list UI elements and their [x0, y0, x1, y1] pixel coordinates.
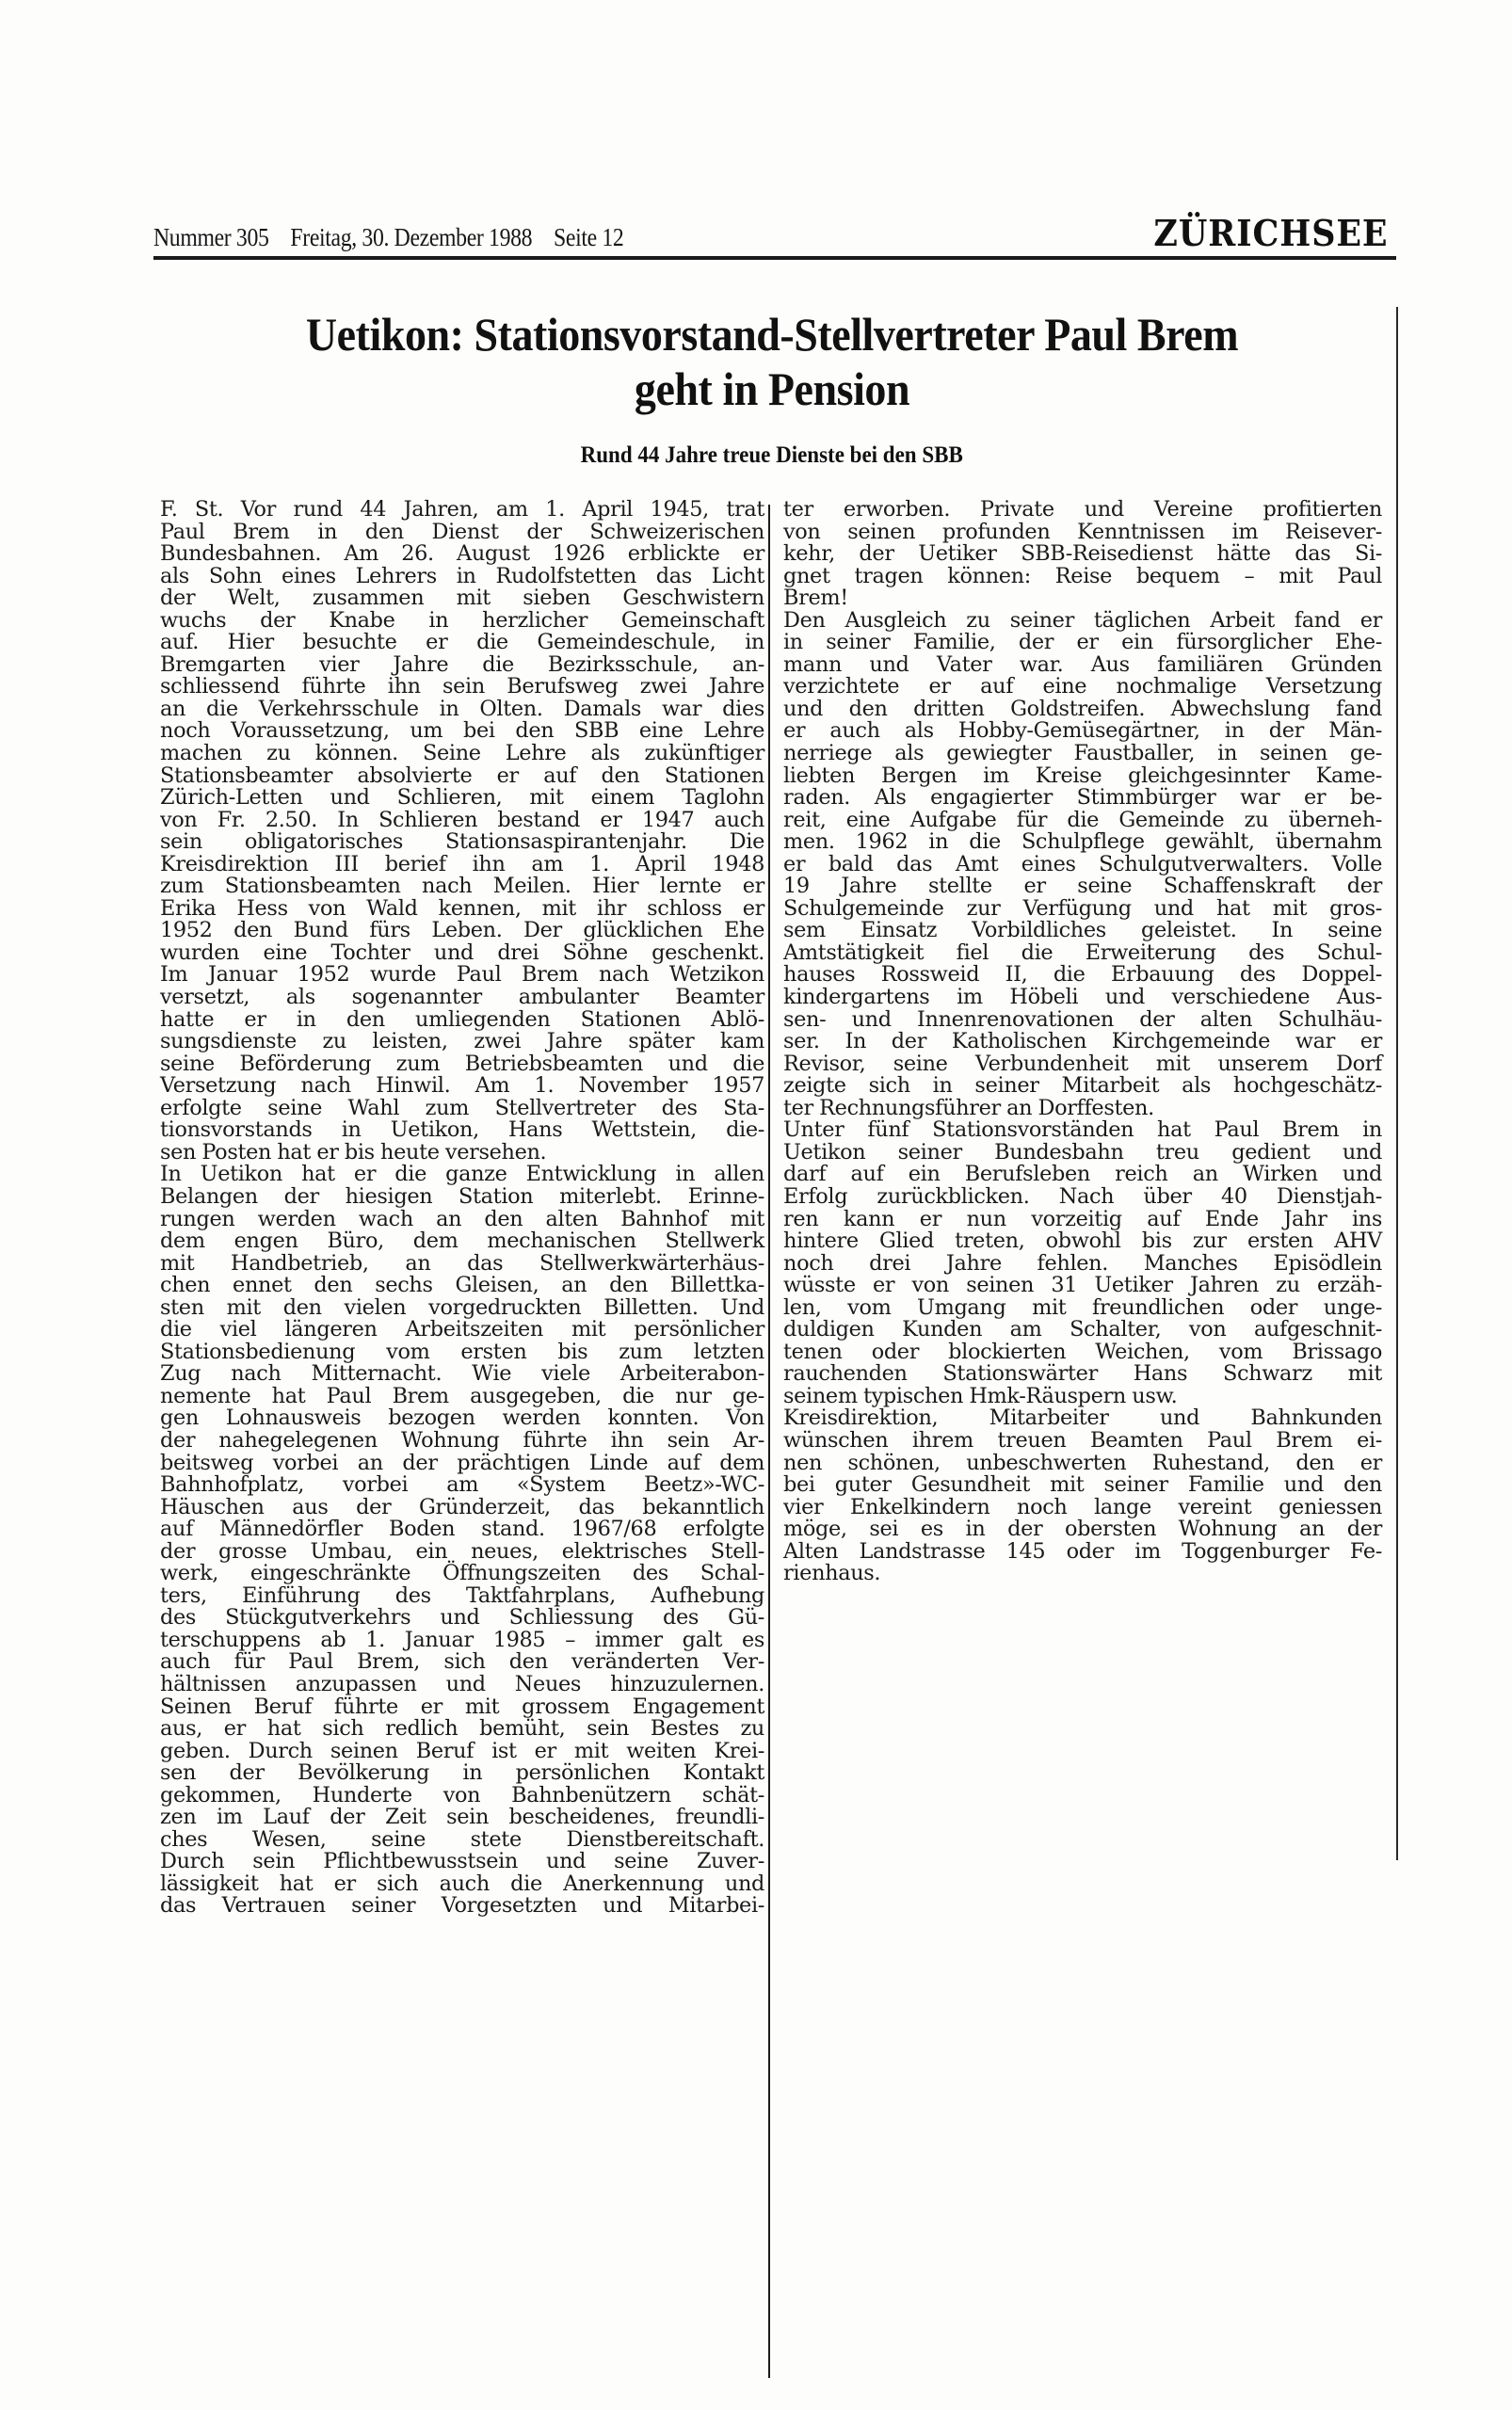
text-line: men. 1962 in die Schulpflege gewählt, üb… — [783, 831, 1382, 854]
text-line: len, vom Umgang mit freundlichen oder un… — [783, 1297, 1382, 1320]
text-line: und den dritten Goldstreifen. Abwechslun… — [783, 699, 1382, 721]
text-line: noch Voraussetzung, um bei den SBB eine … — [160, 720, 764, 743]
text-line: terschuppens ab 1. Januar 1985 – immer g… — [160, 1630, 764, 1652]
page-number: Seite 12 — [554, 223, 623, 251]
text-line: Kreisdirektion III berief ihn am 1. Apri… — [160, 854, 764, 876]
text-line: werk, eingeschränkte Öffnungszeiten des … — [160, 1563, 764, 1585]
text-line: In Uetikon hat er die ganze Entwicklung … — [160, 1164, 764, 1186]
text-line: Zug nach Mitternacht. Wie viele Arbeiter… — [160, 1363, 764, 1386]
text-line: Belangen der hiesigen Station miterlebt.… — [160, 1186, 764, 1209]
text-line: 1952 den Bund fürs Leben. Der glückliche… — [160, 920, 764, 942]
text-line: ser. In der Katholischen Kirchgemeinde w… — [783, 1031, 1382, 1053]
text-line: darf auf ein Berufsleben reich an Wirken… — [783, 1164, 1382, 1186]
text-line: Stationsbeamter absolvierte er auf den S… — [160, 765, 764, 788]
text-line: hatte er in den umliegenden Stationen Ab… — [160, 1009, 764, 1032]
text-line: gen Lohnausweis bezogen werden konnten. … — [160, 1407, 764, 1430]
text-line: geben. Durch seinen Beruf ist er mit wei… — [160, 1741, 764, 1763]
text-line: er auch als Hobby-Gemüsegärtner, in der … — [783, 720, 1382, 743]
text-line: liebten Bergen im Kreise gleichgesinnter… — [783, 765, 1382, 788]
text-line: Erika Hess von Wald kennen, mit ihr schl… — [160, 898, 764, 921]
issue-date: Freitag, 30. Dezember 1988 — [290, 223, 532, 251]
text-line: zen im Lauf der Zeit sein bescheidenes, … — [160, 1807, 764, 1829]
text-line: tionsvorstands in Uetikon, Hans Wettstei… — [160, 1119, 764, 1142]
text-line: rienhaus. — [783, 1563, 1382, 1585]
headline-line-2: geht in Pension — [209, 361, 1335, 416]
text-line: Revisor, seine Verbundenheit mit unserem… — [783, 1053, 1382, 1076]
text-line: beitsweg vorbei an der prächtigen Linde … — [160, 1453, 764, 1475]
text-line: nerriege als gewiegter Faustballer, in s… — [783, 743, 1382, 765]
text-line: wünschen ihrem treuen Beamten Paul Brem … — [783, 1430, 1382, 1453]
text-line: ter Rechnungsführer an Dorffesten. — [783, 1098, 1382, 1120]
article-column-right: ter erworben. Private und Vereine profit… — [783, 499, 1382, 1585]
text-line: wüsste er von seinen 31 Uetiker Jahren z… — [783, 1275, 1382, 1297]
article-column-left: F. St. Vor rund 44 Jahren, am 1. April 1… — [160, 499, 764, 1918]
page-header: Nummer 305Freitag, 30. Dezember 1988Seit… — [153, 215, 1396, 258]
text-line: ter erworben. Private und Vereine profit… — [783, 499, 1382, 522]
text-line: rungen werden wach an den alten Bahnhof … — [160, 1209, 764, 1231]
text-line: als Sohn eines Lehrers in Rudolfstetten … — [160, 566, 764, 588]
text-line: sten mit den vielen vorgedruckten Billet… — [160, 1297, 764, 1320]
text-line: vier Enkelkindern noch lange vereint gen… — [783, 1497, 1382, 1519]
subtitle-text: Rund 44 Jahre treue Dienste bei den SBB — [581, 442, 963, 469]
text-line: zeigte sich in seiner Mitarbeit als hoch… — [783, 1075, 1382, 1098]
text-line: zum Stationsbeamten nach Meilen. Hier le… — [160, 876, 764, 898]
text-line: kindergartens im Höbeli und verschiedene… — [783, 987, 1382, 1009]
article-subtitle: Rund 44 Jahre treue Dienste bei den SBB — [160, 442, 1384, 469]
text-line: gnet tragen können: Reise bequem – mit P… — [783, 566, 1382, 588]
text-line: Bremgarten vier Jahre die Bezirksschule,… — [160, 654, 764, 677]
text-line: 19 Jahre stellte er seine Schaffenskraft… — [783, 876, 1382, 898]
text-line: Schulgemeinde zur Verfügung und hat mit … — [783, 898, 1382, 921]
text-line: seine Beförderung zum Betriebsbeamten un… — [160, 1053, 764, 1076]
text-line: hältnissen anzupassen und Neues hinzuzul… — [160, 1674, 764, 1696]
text-line: Versetzung nach Hinwil. Am 1. November 1… — [160, 1075, 764, 1098]
text-line: sem Einsatz Vorbildliches geleistet. In … — [783, 920, 1382, 942]
text-line: seinem typischen Hmk-Räuspern usw. — [783, 1386, 1382, 1408]
column-separator-rule — [768, 505, 770, 2378]
text-line: Unter fünf Stationsvorständen hat Paul B… — [783, 1119, 1382, 1142]
text-line: von seinen profunden Kenntnissen im Reis… — [783, 522, 1382, 544]
text-line: Erfolg zurückblicken. Nach über 40 Diens… — [783, 1186, 1382, 1209]
text-line: noch drei Jahre fehlen. Manches Episödle… — [783, 1253, 1382, 1276]
text-line: dem engen Büro, dem mechanischen Stellwe… — [160, 1230, 764, 1253]
text-line: ches Wesen, seine stete Dienstbereitscha… — [160, 1829, 764, 1852]
text-line: sen der Bevölkerung in persönlichen Kont… — [160, 1762, 764, 1785]
text-line: Bahnhofplatz, vorbei am «System Beetz»-W… — [160, 1474, 764, 1497]
text-line: der Welt, zusammen mit sieben Geschwiste… — [160, 587, 764, 610]
text-line: auch für Paul Brem, sich den veränderten… — [160, 1651, 764, 1674]
text-line: kehr, der Uetiker SBB-Reisedienst hätte … — [783, 543, 1382, 566]
text-line: sungsdienste zu leisten, zwei Jahre spät… — [160, 1031, 764, 1053]
text-line: von Fr. 2.50. In Schlieren bestand er 19… — [160, 810, 764, 832]
text-line: verzichtete er auf eine nochmalige Verse… — [783, 676, 1382, 699]
issue-info: Nummer 305Freitag, 30. Dezember 1988Seit… — [153, 223, 645, 252]
text-line: Durch sein Pflichtbewusstsein und seine … — [160, 1851, 764, 1873]
issue-number: Nummer 305 — [153, 223, 269, 251]
text-line: reit, eine Aufgabe für die Gemeinde zu ü… — [783, 810, 1382, 832]
article-headline: Uetikon: Stationsvorstand-Stellvertreter… — [160, 307, 1384, 416]
text-line: hintere Glied treten, obwohl bis zur ers… — [783, 1230, 1382, 1253]
text-line: sein obligatorisches Stationsaspirantenj… — [160, 831, 764, 854]
newspaper-page: Nummer 305Freitag, 30. Dezember 1988Seit… — [0, 0, 1512, 2410]
text-line: Uetikon seiner Bundesbahn treu gedient u… — [783, 1142, 1382, 1165]
text-line: tenen oder blockierten Weichen, vom Bris… — [783, 1342, 1382, 1364]
text-line: möge, sei es in der obersten Wohnung an … — [783, 1518, 1382, 1541]
text-line: mann und Vater war. Aus familiären Gründ… — [783, 654, 1382, 677]
text-line: Zürich-Letten und Schlieren, mit einem T… — [160, 787, 764, 810]
text-line: Bundesbahnen. Am 26. August 1926 erblick… — [160, 543, 764, 566]
text-line: versetzt, als sogenannter ambulanter Bea… — [160, 987, 764, 1009]
right-border-rule — [1396, 307, 1398, 1860]
text-line: auf. Hier besuchte er die Gemeindeschule… — [160, 632, 764, 654]
text-line: in seiner Familie, der er ein fürsorglic… — [783, 632, 1382, 654]
text-line: chen ennet den sechs Gleisen, an den Bil… — [160, 1275, 764, 1297]
text-line: ters, Einführung des Taktfahrplans, Aufh… — [160, 1585, 764, 1608]
text-line: an die Verkehrsschule in Olten. Damals w… — [160, 699, 764, 721]
text-line: Brem! — [783, 587, 1382, 610]
text-line: des Stückgutverkehrs und Schliessung des… — [160, 1607, 764, 1630]
text-line: mit Handbetrieb, an das Stellwerkwärterh… — [160, 1253, 764, 1276]
text-line: F. St. Vor rund 44 Jahren, am 1. April 1… — [160, 499, 764, 522]
text-line: der grosse Umbau, ein neues, elektrische… — [160, 1541, 764, 1564]
masthead: ZÜRICHSEE — [1153, 212, 1396, 254]
text-line: sen- und Innenrenovationen der alten Sch… — [783, 1009, 1382, 1032]
text-line: schliessend führte ihn sein Berufsweg zw… — [160, 676, 764, 699]
text-line: Häuschen aus der Gründerzeit, das bekann… — [160, 1497, 764, 1519]
text-line: wuchs der Knabe in herzlicher Gemeinscha… — [160, 610, 764, 633]
text-line: die viel längeren Arbeitszeiten mit pers… — [160, 1319, 764, 1342]
text-line: lässigkeit hat er sich auch die Anerkenn… — [160, 1873, 764, 1896]
text-line: wurden eine Tochter und drei Söhne gesch… — [160, 942, 764, 965]
text-line: duldigen Kunden am Schalter, von aufgesc… — [783, 1319, 1382, 1342]
text-line: Amtstätigkeit fiel die Erweiterung des S… — [783, 942, 1382, 965]
text-line: Seinen Beruf führte er mit grossem Engag… — [160, 1696, 764, 1719]
text-line: Im Januar 1952 wurde Paul Brem nach Wetz… — [160, 964, 764, 987]
text-line: Kreisdirektion, Mitarbeiter und Bahnkund… — [783, 1407, 1382, 1430]
text-line: sen Posten hat er bis heute versehen. — [160, 1142, 764, 1165]
text-line: Den Ausgleich zu seiner täglichen Arbeit… — [783, 610, 1382, 633]
text-line: das Vertrauen seiner Vorgesetzten und Mi… — [160, 1895, 764, 1918]
text-line: gekommen, Hunderte von Bahnbenützern sch… — [160, 1785, 764, 1807]
text-line: auf Männedörfler Boden stand. 1967/68 er… — [160, 1518, 764, 1541]
text-line: erfolgte seine Wahl zum Stellvertreter d… — [160, 1098, 764, 1120]
text-line: ren kann er nun vorzeitig auf Ende Jahr … — [783, 1209, 1382, 1231]
text-line: der nahegelegenen Wohnung führte ihn sei… — [160, 1430, 764, 1453]
text-line: er bald das Amt eines Schulgutverwalters… — [783, 854, 1382, 876]
text-line: aus, er hat sich redlich bemüht, sein Be… — [160, 1718, 764, 1741]
text-line: nen schönen, unbeschwerten Ruhestand, de… — [783, 1453, 1382, 1475]
header-rule — [153, 256, 1396, 260]
text-line: raden. Als engagierter Stimmbürger war e… — [783, 787, 1382, 810]
text-line: bei guter Gesundheit mit seiner Familie … — [783, 1474, 1382, 1497]
text-line: Stationsbedienung vom ersten bis zum let… — [160, 1342, 764, 1364]
text-line: Alten Landstrasse 145 oder im Toggenburg… — [783, 1541, 1382, 1564]
text-line: Paul Brem in den Dienst der Schweizerisc… — [160, 522, 764, 544]
text-line: rauchenden Stationswärter Hans Schwarz m… — [783, 1363, 1382, 1386]
text-line: nemente hat Paul Brem ausgegeben, die nu… — [160, 1386, 764, 1408]
headline-line-1: Uetikon: Stationsvorstand-Stellvertreter… — [209, 307, 1335, 361]
text-line: hauses Rossweid II, die Erbauung des Dop… — [783, 964, 1382, 987]
text-line: machen zu können. Seine Lehre als zukünf… — [160, 743, 764, 765]
